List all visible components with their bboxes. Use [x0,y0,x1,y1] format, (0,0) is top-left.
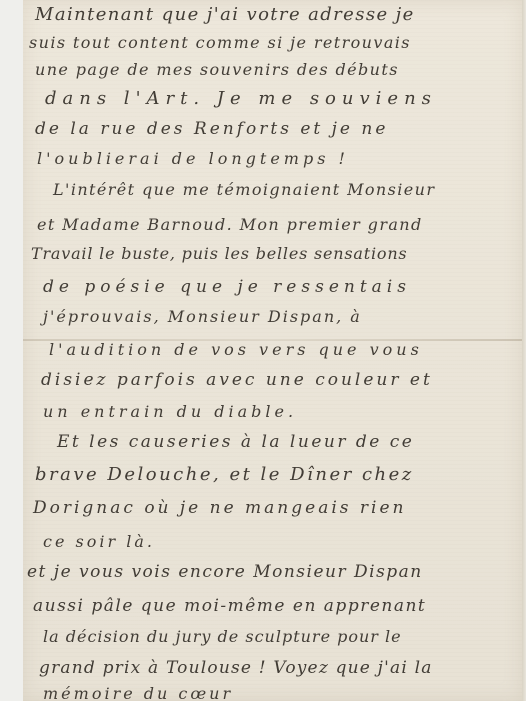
text-line: mémoire du cœur [43,684,233,701]
text-line: Travail le buste, puis les belles sensat… [31,244,407,263]
text-line: l'audition de vos vers que vous [49,340,423,359]
text-line: L'intérêt que me témoignaient Monsieur [53,180,435,199]
text-line: et Madame Barnoud. Mon premier grand [37,215,423,234]
text-line: disiez parfois avec une couleur et [41,370,433,390]
text-line: ce soir là. [43,532,155,551]
paper-edge [522,0,526,701]
text-line: brave Delouche, et le Dîner chez [35,464,414,485]
text-line: une page de mes souvenirs des débuts [35,60,399,79]
text-line: la décision du jury de sculpture pour le [43,627,402,646]
text-line: et je vous vois encore Monsieur Dispan [27,562,423,582]
text-line: un entrain du diable. [43,402,297,421]
text-line: dans l'Art. Je me souviens [45,88,437,109]
text-line: Dorignac où je ne mangeais rien [33,498,406,518]
handwritten-text: Maintenant que j'ai votre adresse je sui… [23,0,522,701]
text-line: de poésie que je ressentais [43,277,411,297]
text-line: Et les causeries à la lueur de ce [57,432,414,452]
text-line: suis tout content comme si je retrouvais [29,33,411,52]
text-line: grand prix à Toulouse ! Voyez que j'ai l… [39,658,433,678]
text-line: Maintenant que j'ai votre adresse je [35,4,415,25]
text-line: l'oublierai de longtemps ! [37,149,349,168]
text-line: j'éprouvais, Monsieur Dispan, à [43,307,362,326]
text-line: aussi pâle que moi-même en apprenant [33,596,426,616]
text-line: de la rue des Renforts et je ne [35,119,388,139]
